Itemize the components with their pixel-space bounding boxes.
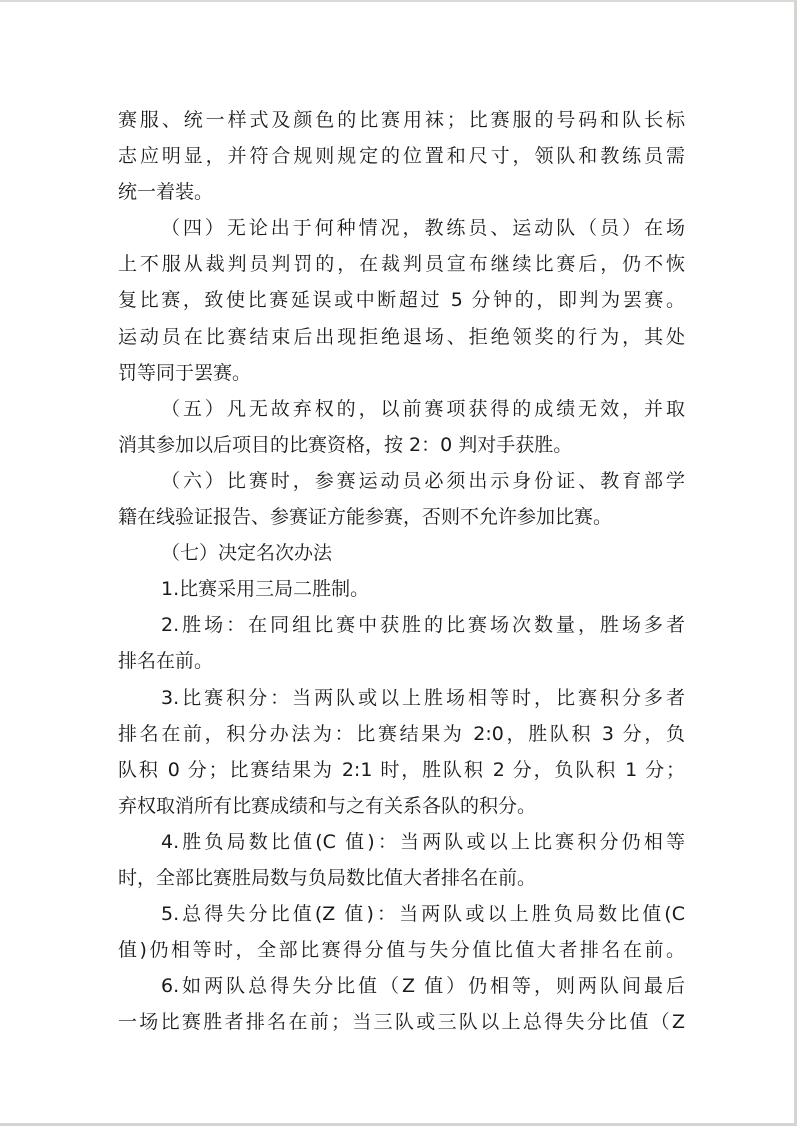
section-heading-ranking-method: （七）决定名次办法 — [118, 539, 685, 575]
document-page: 赛服、统一样式及颜色的比赛用袜；比赛服的号码和队长标 志应明显，并符合规则规定的… — [0, 0, 797, 1126]
paragraph-uniform: 赛服、统一样式及颜色的比赛用袜；比赛服的号码和队长标 志应明显，并符合规则规定的… — [118, 106, 685, 214]
text-line: 一场比赛胜者排名在前；当三队或三队以上总得失分比值（Z — [118, 1008, 685, 1044]
text-line: 4.胜负局数比值(C 值)：当两队或以上比赛积分仍相等 — [118, 828, 685, 864]
text-line: 运动员在比赛结束后出现拒绝退场、拒绝领奖的行为，其处 — [118, 323, 685, 359]
paragraph-rule-4: 4.胜负局数比值(C 值)：当两队或以上比赛积分仍相等 时，全部比赛胜局数与负局… — [118, 828, 685, 900]
text-line: 2.胜场：在同组比赛中获胜的比赛场次数量，胜场多者 — [118, 611, 685, 647]
text-line: 复比赛，致使比赛延误或中断超过 5 分钟的，即判为罢赛。 — [118, 286, 685, 322]
text-line: 值)仍相等时，全部比赛得分值与失分值比值大者排名在前。 — [118, 936, 685, 972]
text-line: 志应明显，并符合规则规定的位置和尺寸，领队和教练员需 — [118, 142, 685, 178]
text-line: 5.总得失分比值(Z 值)：当两队或以上胜负局数比值(C — [118, 900, 685, 936]
paragraph-item-5: （五）凡无故弃权的，以前赛项获得的成绩无效，并取 消其参加以后项目的比赛资格，按… — [118, 395, 685, 467]
paragraph-rule-5: 5.总得失分比值(Z 值)：当两队或以上胜负局数比值(C 值)仍相等时，全部比赛… — [118, 900, 685, 972]
text-line: 上不服从裁判员判罚的，在裁判员宣布继续比赛后，仍不恢 — [118, 250, 685, 286]
text-line: 3.比赛积分：当两队或以上胜场相等时，比赛积分多者 — [118, 684, 685, 720]
text-line: 排名在前，积分办法为：比赛结果为 2:0，胜队积 3 分，负 — [118, 720, 685, 756]
paragraph-rule-1: 1.比赛采用三局二胜制。 — [118, 575, 685, 611]
paragraph-item-6: （六）比赛时，参赛运动员必须出示身份证、教育部学 籍在线验证报告、参赛证方能参赛… — [118, 467, 685, 539]
text-line: 赛服、统一样式及颜色的比赛用袜；比赛服的号码和队长标 — [118, 106, 685, 142]
text-line: （四）无论出于何种情况，教练员、运动队（员）在场 — [118, 214, 685, 250]
text-line: 罚等同于罢赛。 — [118, 359, 685, 395]
text-line: 统一着装。 — [118, 178, 685, 214]
text-line: 1.比赛采用三局二胜制。 — [118, 575, 685, 611]
text-line: （七）决定名次办法 — [118, 539, 685, 575]
paragraph-rule-2: 2.胜场：在同组比赛中获胜的比赛场次数量，胜场多者 排名在前。 — [118, 611, 685, 683]
text-line: 队积 0 分；比赛结果为 2:1 时，胜队积 2 分，负队积 1 分； — [118, 756, 685, 792]
text-line: （六）比赛时，参赛运动员必须出示身份证、教育部学 — [118, 467, 685, 503]
text-line: 籍在线验证报告、参赛证方能参赛，否则不允许参加比赛。 — [118, 503, 685, 539]
text-line: 时，全部比赛胜局数与负局数比值大者排名在前。 — [118, 864, 685, 900]
text-line: 6.如两队总得失分比值（Z 值）仍相等，则两队间最后 — [118, 972, 685, 1008]
paragraph-item-4: （四）无论出于何种情况，教练员、运动队（员）在场 上不服从裁判员判罚的，在裁判员… — [118, 214, 685, 394]
paragraph-rule-6: 6.如两队总得失分比值（Z 值）仍相等，则两队间最后 一场比赛胜者排名在前；当三… — [118, 972, 685, 1044]
paragraph-rule-3: 3.比赛积分：当两队或以上胜场相等时，比赛积分多者 排名在前，积分办法为：比赛结… — [118, 684, 685, 828]
document-body: 赛服、统一样式及颜色的比赛用袜；比赛服的号码和队长标 志应明显，并符合规则规定的… — [118, 106, 685, 1044]
text-line: 排名在前。 — [118, 647, 685, 683]
text-line: （五）凡无故弃权的，以前赛项获得的成绩无效，并取 — [118, 395, 685, 431]
text-line: 消其参加以后项目的比赛资格，按 2：0 判对手获胜。 — [118, 431, 685, 467]
text-line: 弃权取消所有比赛成绩和与之有关系各队的积分。 — [118, 792, 685, 828]
